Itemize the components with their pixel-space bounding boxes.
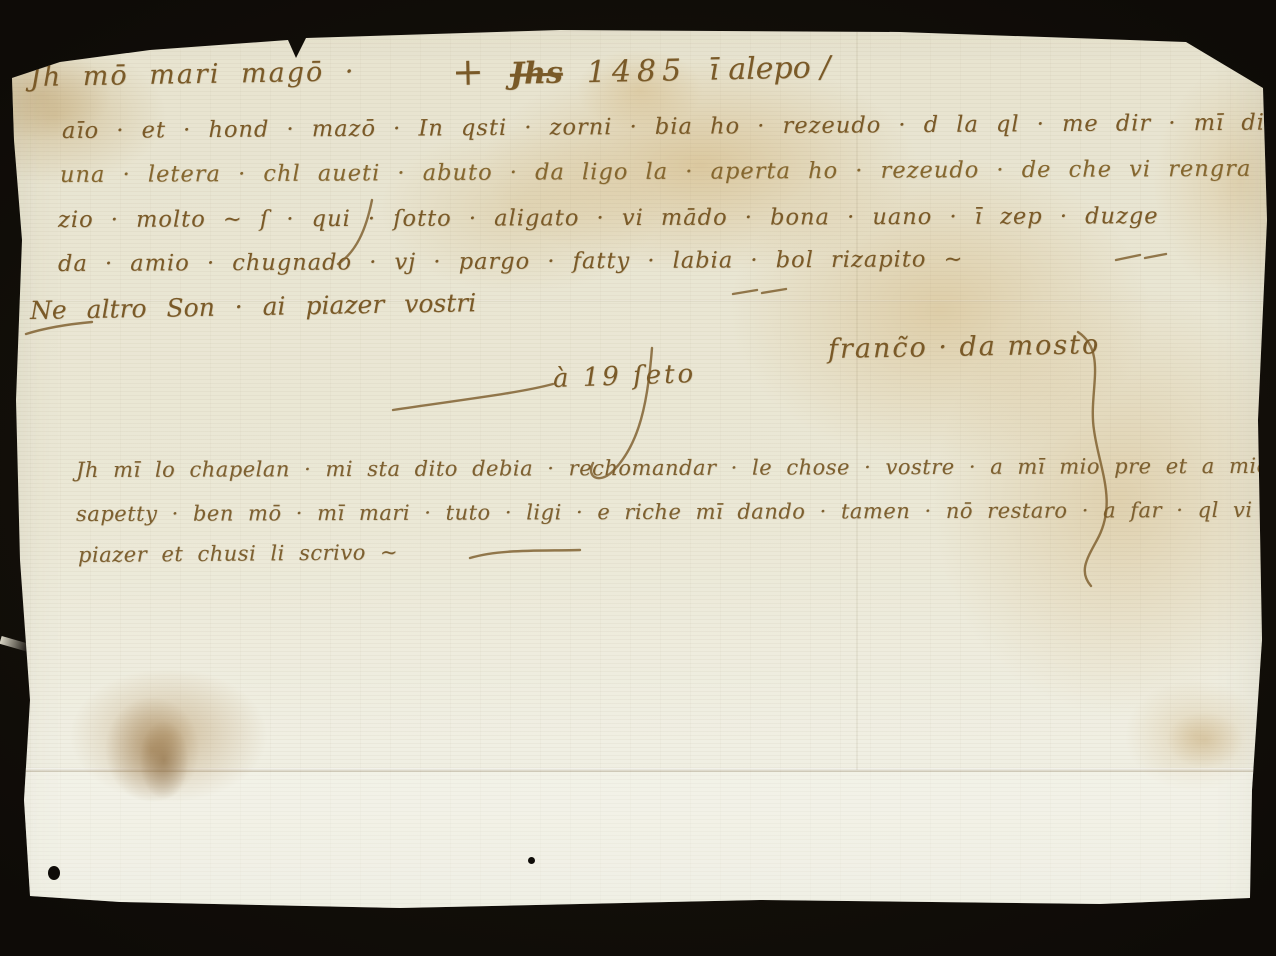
fold-crease-vertical <box>856 32 858 770</box>
letter-paper: Jh mō mari magō · +Jhs1485ī alepo / aīo … <box>0 0 1276 956</box>
closing-line: Ne altro Son · ai piazer vostri <box>30 288 477 325</box>
flourish-closing-dashes <box>733 289 786 294</box>
postscript-line-2: sapetty · ben mō · mī mari · tuto · ligi… <box>76 498 1274 526</box>
cross-mark: + <box>452 49 485 94</box>
heading-place: ī alepo / <box>709 50 831 88</box>
body-line-3: zio · molto ~ ſ · qui · ſotto · aligato … <box>58 203 1159 233</box>
body-line-2: una · letera · chl aueti · abuto · da li… <box>60 156 1251 188</box>
salutation-line: Jh mō mari magō · <box>30 56 356 93</box>
wax-seal-stain <box>70 648 305 823</box>
date-line: à 19 ſeto <box>552 359 696 394</box>
worm-hole <box>48 866 60 880</box>
pin-hole <box>528 857 535 864</box>
body-line-4: da · amio · chugnado · vj · pargo · fatt… <box>58 246 964 277</box>
signature: franc̃o · da mosto <box>828 329 1101 365</box>
flourish-date-approach <box>393 384 553 410</box>
postscript-line-3: piazer et chusi li scrivo ~ <box>78 540 398 567</box>
heading-year: 1485 <box>586 53 687 90</box>
photo-frame: Jh mō mari magō · +Jhs1485ī alepo / aīo … <box>0 0 1276 956</box>
invocation-monogram: Jhs <box>510 56 564 92</box>
heading-line: +Jhs1485ī alepo / <box>452 42 831 94</box>
postscript-line-1: Jh mī lo chapelan · mi sta dito debia · … <box>76 453 1276 482</box>
body-line-1: aīo · et · hond · mazō · In qsti · zorni… <box>62 109 1276 144</box>
flourish-postscript-end <box>470 550 580 558</box>
water-stain-bottom-right <box>1150 700 1260 780</box>
flourish-line1-dashes <box>1116 254 1166 260</box>
